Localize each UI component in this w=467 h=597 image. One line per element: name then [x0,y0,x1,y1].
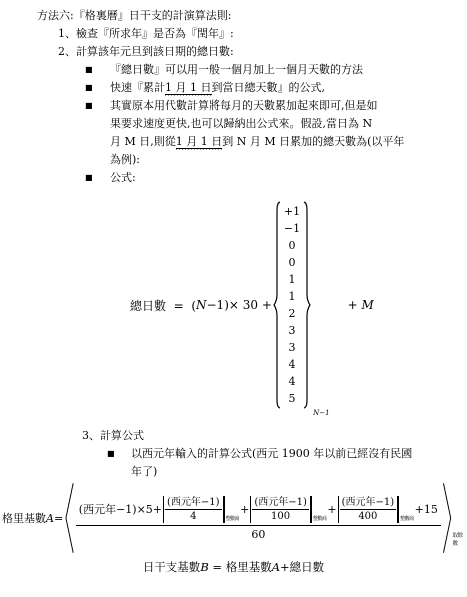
month-correction-vector: +1 −1 0 0 1 1 2 3 3 4 4 5 [281,203,303,407]
right-angle-bracket [442,481,453,555]
var-N: N [196,298,207,312]
floor-term-div100: (西元年−1)100 整數商 [250,496,326,523]
var-A: A [46,512,54,525]
floor-right-bar [310,496,312,523]
underlined-date: 1 月 1 日 [165,81,212,96]
numerator: (西元年−1)×5+ (西元年−1)4 整數商 + (西元年−1)100 整數商… [76,496,441,525]
right-curly-brace [303,200,312,410]
formula1-plus-M: + M [348,298,374,312]
floor-right-bar [397,496,399,523]
var-B: B [200,560,208,574]
var-A: A [272,560,280,574]
formula1-mid: −1)× 30 + [207,298,272,312]
floor-left-bar [163,496,164,523]
bullet-3-line1: 其實原本用代數計算將每月的天數累加起來即可,但是如 [110,98,378,114]
bullet-3-line3: 月 M 日,則從1 月 1 日到 N 月 M 日累加的總天數為(以平年 [110,134,404,150]
bullet-2-text: 快速『累計1 月 1 日到當日總天數』的公式, [110,80,325,96]
denominator-60: 60 [76,525,441,541]
numerator-tail: +15 [415,503,438,516]
bullet-3-line2: 果要求速度更快,也可以歸納出公式來。假設,當日為 N [110,116,372,132]
bullet-2-pre: 快速『累計 [110,81,165,94]
floor-left-bar [250,496,251,523]
numerator-pre: (西元年−1)×5+ [79,501,162,517]
plus-sign: + [327,503,336,516]
floor-term-div400: (西元年−1)400 整數商 [338,496,414,523]
underlined-date: 1 月 1 日 [176,135,223,150]
bullet-2-post: 到當日總天數』的公式, [212,81,326,94]
item-1-check-leap-year: 1、檢查『所求年』是否為『閏年』: [58,26,234,42]
bullet-square-icon: ■ [85,62,93,78]
bullet-3-line4: 為例): [110,152,140,168]
floor-term-div4: (西元年−1)4 整數商 [163,496,239,523]
bullet-square-icon: ■ [85,80,93,96]
vector-subscript: N−1 [313,409,329,417]
main-fraction: (西元年−1)×5+ (西元年−1)4 整數商 + (西元年−1)100 整數商… [76,496,441,541]
floor-left-bar [338,496,339,523]
section-3-heading: 3、計算公式 [82,428,144,444]
formula2-lhs: 格里基數A= [2,510,63,526]
plus-sign: + [240,503,249,516]
bullet-square-icon: ■ [85,170,93,186]
floor-subscript: 整數商 [313,515,327,522]
formula-total-days: 總日數 = (N−1)× 30 + +1 −1 0 0 1 1 2 3 3 4 … [130,197,374,413]
formula-gregorian-base: 格里基數A= (西元年−1)×5+ (西元年−1)4 整數商 + (西元年−1)… [2,481,467,555]
formula1-lhs: 總日數 = ( [130,297,196,314]
bullet-4-text: 公式: [110,170,136,186]
bullet-1-text: 『總日數』可以用一般一個月加上一個月天數的方法 [110,62,363,78]
doc-title: 方法六:『格裏曆』日干支的計演算法則: [37,8,231,24]
left-angle-bracket [64,481,75,555]
item-2-total-days: 2、計算該年元旦到該日期的總日數: [58,44,234,60]
bullet-square-icon: ■ [107,446,115,462]
var-M: M [361,298,373,312]
floor-subscript: 整數商 [226,515,240,522]
bullet-square-icon: ■ [85,98,93,114]
left-curly-brace [272,200,281,410]
formula-day-stem-branch-base: 日干支基數B = 格里基數A+總日數 [0,559,467,575]
document-page: 方法六:『格裏曆』日干支的計演算法則: 1、檢查『所求年』是否為『閏年』: 2、… [0,0,467,597]
mod-subscript: 取餘數 [453,531,467,547]
floor-right-bar [223,496,225,523]
floor-subscript: 整數商 [400,515,414,522]
section-3-bullet-line2: 年了) [131,464,157,480]
section-3-bullet-line1: 以西元年輸入的計算公式(西元 1900 年以前已經沒有民國 [131,446,412,462]
